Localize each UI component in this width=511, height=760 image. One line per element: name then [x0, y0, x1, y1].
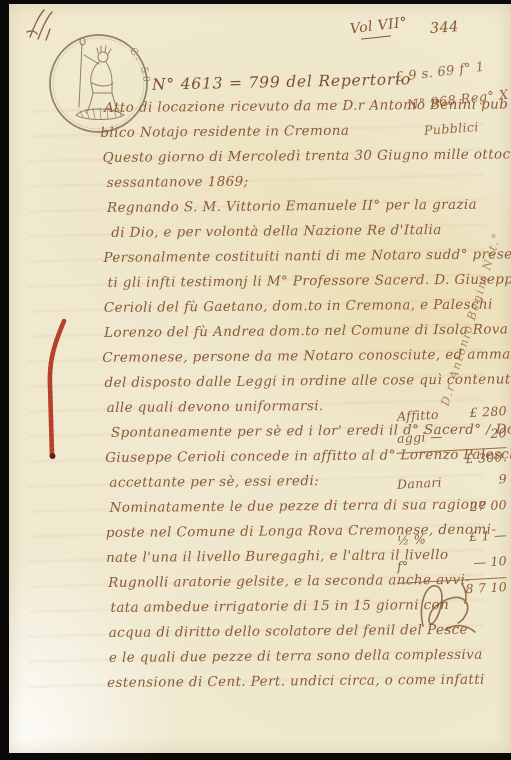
- account-value: £ 300.: [465, 449, 507, 466]
- manuscript-page: C. 50 Vol VII° 344 £ 9 s. 69 f° 1 N° 968…: [9, 4, 511, 753]
- binding-thread: [40, 315, 74, 465]
- page-number: 344: [429, 15, 460, 42]
- text-line: Cerioli del fù Gaetano, dom.to in Cremon…: [104, 292, 511, 321]
- account-value: 9: [498, 471, 507, 486]
- text-line: Questo giorno di Mercoledì trenta 30 Giu…: [102, 142, 511, 171]
- account-label: ½ %: [397, 531, 427, 547]
- account-label: [397, 503, 398, 518]
- account-value: £ 1 —: [469, 527, 508, 544]
- text-line: blico Notajo residente in Cremona: [100, 117, 511, 146]
- account-value: — 10: [473, 553, 507, 570]
- account-label: f°: [397, 558, 409, 574]
- account-value: £ 280: [469, 403, 507, 420]
- text-line: Atto di locazione ricevuto da me D.r Ant…: [104, 92, 511, 121]
- text-line: Personalmente costituiti nanti di me Not…: [103, 242, 511, 271]
- account-label: Danari: [397, 475, 442, 492]
- text-line: di Dio, e per volontà della Nazione Re d…: [111, 217, 511, 246]
- account-label: aggi —: [397, 428, 443, 445]
- text-line: e le quali due pezze di terra sono della…: [109, 642, 511, 671]
- notary-paraph-flourish: [415, 576, 485, 638]
- text-line: Regnando S. M. Vittorio Emanuele II° per…: [107, 192, 511, 221]
- account-label: [397, 455, 398, 470]
- account-value: 20: [490, 425, 507, 441]
- text-line: Lorenzo del fù Andrea dom.to nel Comune …: [104, 317, 511, 346]
- account-label: [397, 585, 398, 600]
- svg-text:C. 50: C. 50: [127, 46, 152, 85]
- text-line: sessantanove 1869;: [107, 167, 511, 196]
- text-line: ti gli infti testimonj li M° Professore …: [108, 267, 511, 296]
- stamp-denomination: C. 50: [127, 46, 152, 85]
- thread-knot: [50, 453, 56, 459]
- account-label: Affitto: [397, 407, 439, 424]
- text-line: estensione di Cent. Pert. undici circa, …: [107, 667, 511, 696]
- account-value: 27 00: [469, 497, 507, 514]
